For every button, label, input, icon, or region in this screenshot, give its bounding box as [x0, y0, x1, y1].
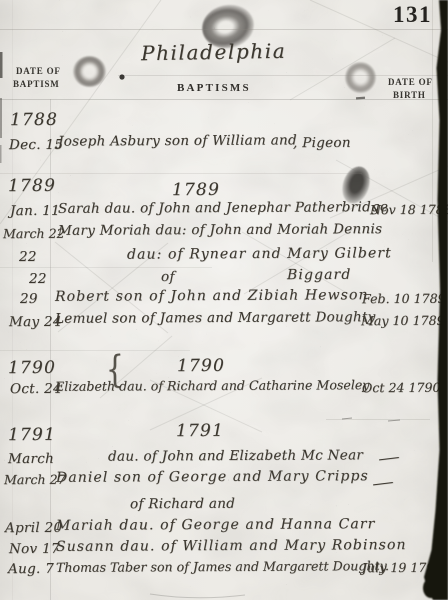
rule-line	[0, 350, 190, 351]
rule-line	[326, 419, 430, 420]
entry-baptism-date: March	[8, 451, 54, 467]
page-gutter-line	[12, 0, 13, 600]
entry-text: Lemuel son of James and Margarett Dought…	[55, 309, 376, 327]
entry-text: Mariah dau. of George and Hanna Carr	[56, 516, 376, 534]
entry-birth-date: Feb. 10 1789	[362, 291, 446, 306]
entry-text: of	[161, 269, 175, 285]
entry-baptism-date: 22	[19, 249, 37, 265]
entry-text: Daniel son of George and Mary Cripps	[56, 468, 369, 486]
entry-text-extra: , Pigeon	[293, 135, 351, 151]
entry-text: dau. of John and Elizabeth Mc Near	[108, 447, 363, 464]
rule-line	[0, 29, 448, 30]
year-label-left: 1791	[8, 425, 56, 445]
entry-text: Thomas Taber son of James and Margarett …	[56, 558, 389, 575]
entry-birth-date: July 19 1791	[362, 560, 442, 575]
entry-birth-date: —	[377, 447, 401, 468]
column-header-date-of-baptism-line1: DATE OF	[16, 66, 61, 76]
rule-line	[118, 75, 448, 76]
column-header-baptisms: BAPTISMS	[177, 82, 251, 94]
entry-birth-date: Nov 18 1788	[370, 202, 448, 217]
entry-baptism-date: Aug. 7	[8, 561, 54, 577]
entry-baptism-date: April 20	[5, 520, 62, 536]
entry-baptism-date: Dec. 15	[9, 137, 63, 153]
year-label-left: 1788	[10, 110, 58, 130]
entry-baptism-date: Nov 17	[9, 541, 60, 557]
year-label-center: 1791	[176, 421, 224, 441]
column-header-date-of-birth-line1: DATE OF	[388, 77, 433, 87]
ring-stain-left	[73, 56, 106, 87]
rule-line	[0, 267, 212, 268]
entry-baptism-date: Jan. 11	[10, 203, 60, 219]
entry-birth-date: Oct 24 1790	[362, 380, 441, 395]
entry-text-extra: Biggard	[287, 267, 351, 283]
rule-line	[0, 99, 448, 100]
year-label-center: 1789	[172, 180, 220, 200]
entry-text: Mary Moriah dau: of John and Moriah Denn…	[58, 221, 382, 239]
city-title-script: Philadelphia	[141, 39, 287, 66]
entry-text: Joseph Asbury son of William and	[58, 132, 297, 149]
entry-text: of Richard and	[130, 496, 235, 513]
entry-birth-date: May 10 1789	[361, 313, 445, 328]
column-header-date-of-baptism-line2: BAPTISM	[13, 79, 60, 89]
column-header-date-of-birth-line2: BIRTH	[393, 90, 426, 100]
baptism-register-page: 131 Philadelphia DATE OF BAPTISM BAPTISM…	[0, 0, 448, 600]
entry-birth-date: —	[371, 472, 395, 493]
entry-baptism-date: 29	[20, 291, 38, 307]
entry-baptism-date: 22	[29, 271, 47, 287]
entry-baptism-date: May 24	[9, 314, 62, 330]
year-label-center: 1790	[177, 356, 225, 376]
entry-text: Robert son of John and Zibiah Hewson	[55, 287, 369, 305]
year-label-left: 1790	[8, 358, 56, 378]
page-number: 131	[393, 2, 432, 28]
column-divider-line	[432, 0, 433, 262]
rule-line	[0, 173, 362, 174]
year-label-left: 1789	[8, 176, 56, 196]
entry-baptism-date: March 22	[3, 226, 65, 241]
entry-text: Elizabeth dau. of Richard and Catharine …	[55, 377, 369, 394]
entry-text: Sarah dau. of John and Jenephar Patherbr…	[58, 199, 388, 217]
entry-text: dau: of Rynear and Mary Gilbert	[127, 245, 392, 262]
ring-stain-right	[345, 62, 376, 93]
entry-text: Susann dau. of William and Mary Robinson	[56, 537, 407, 555]
